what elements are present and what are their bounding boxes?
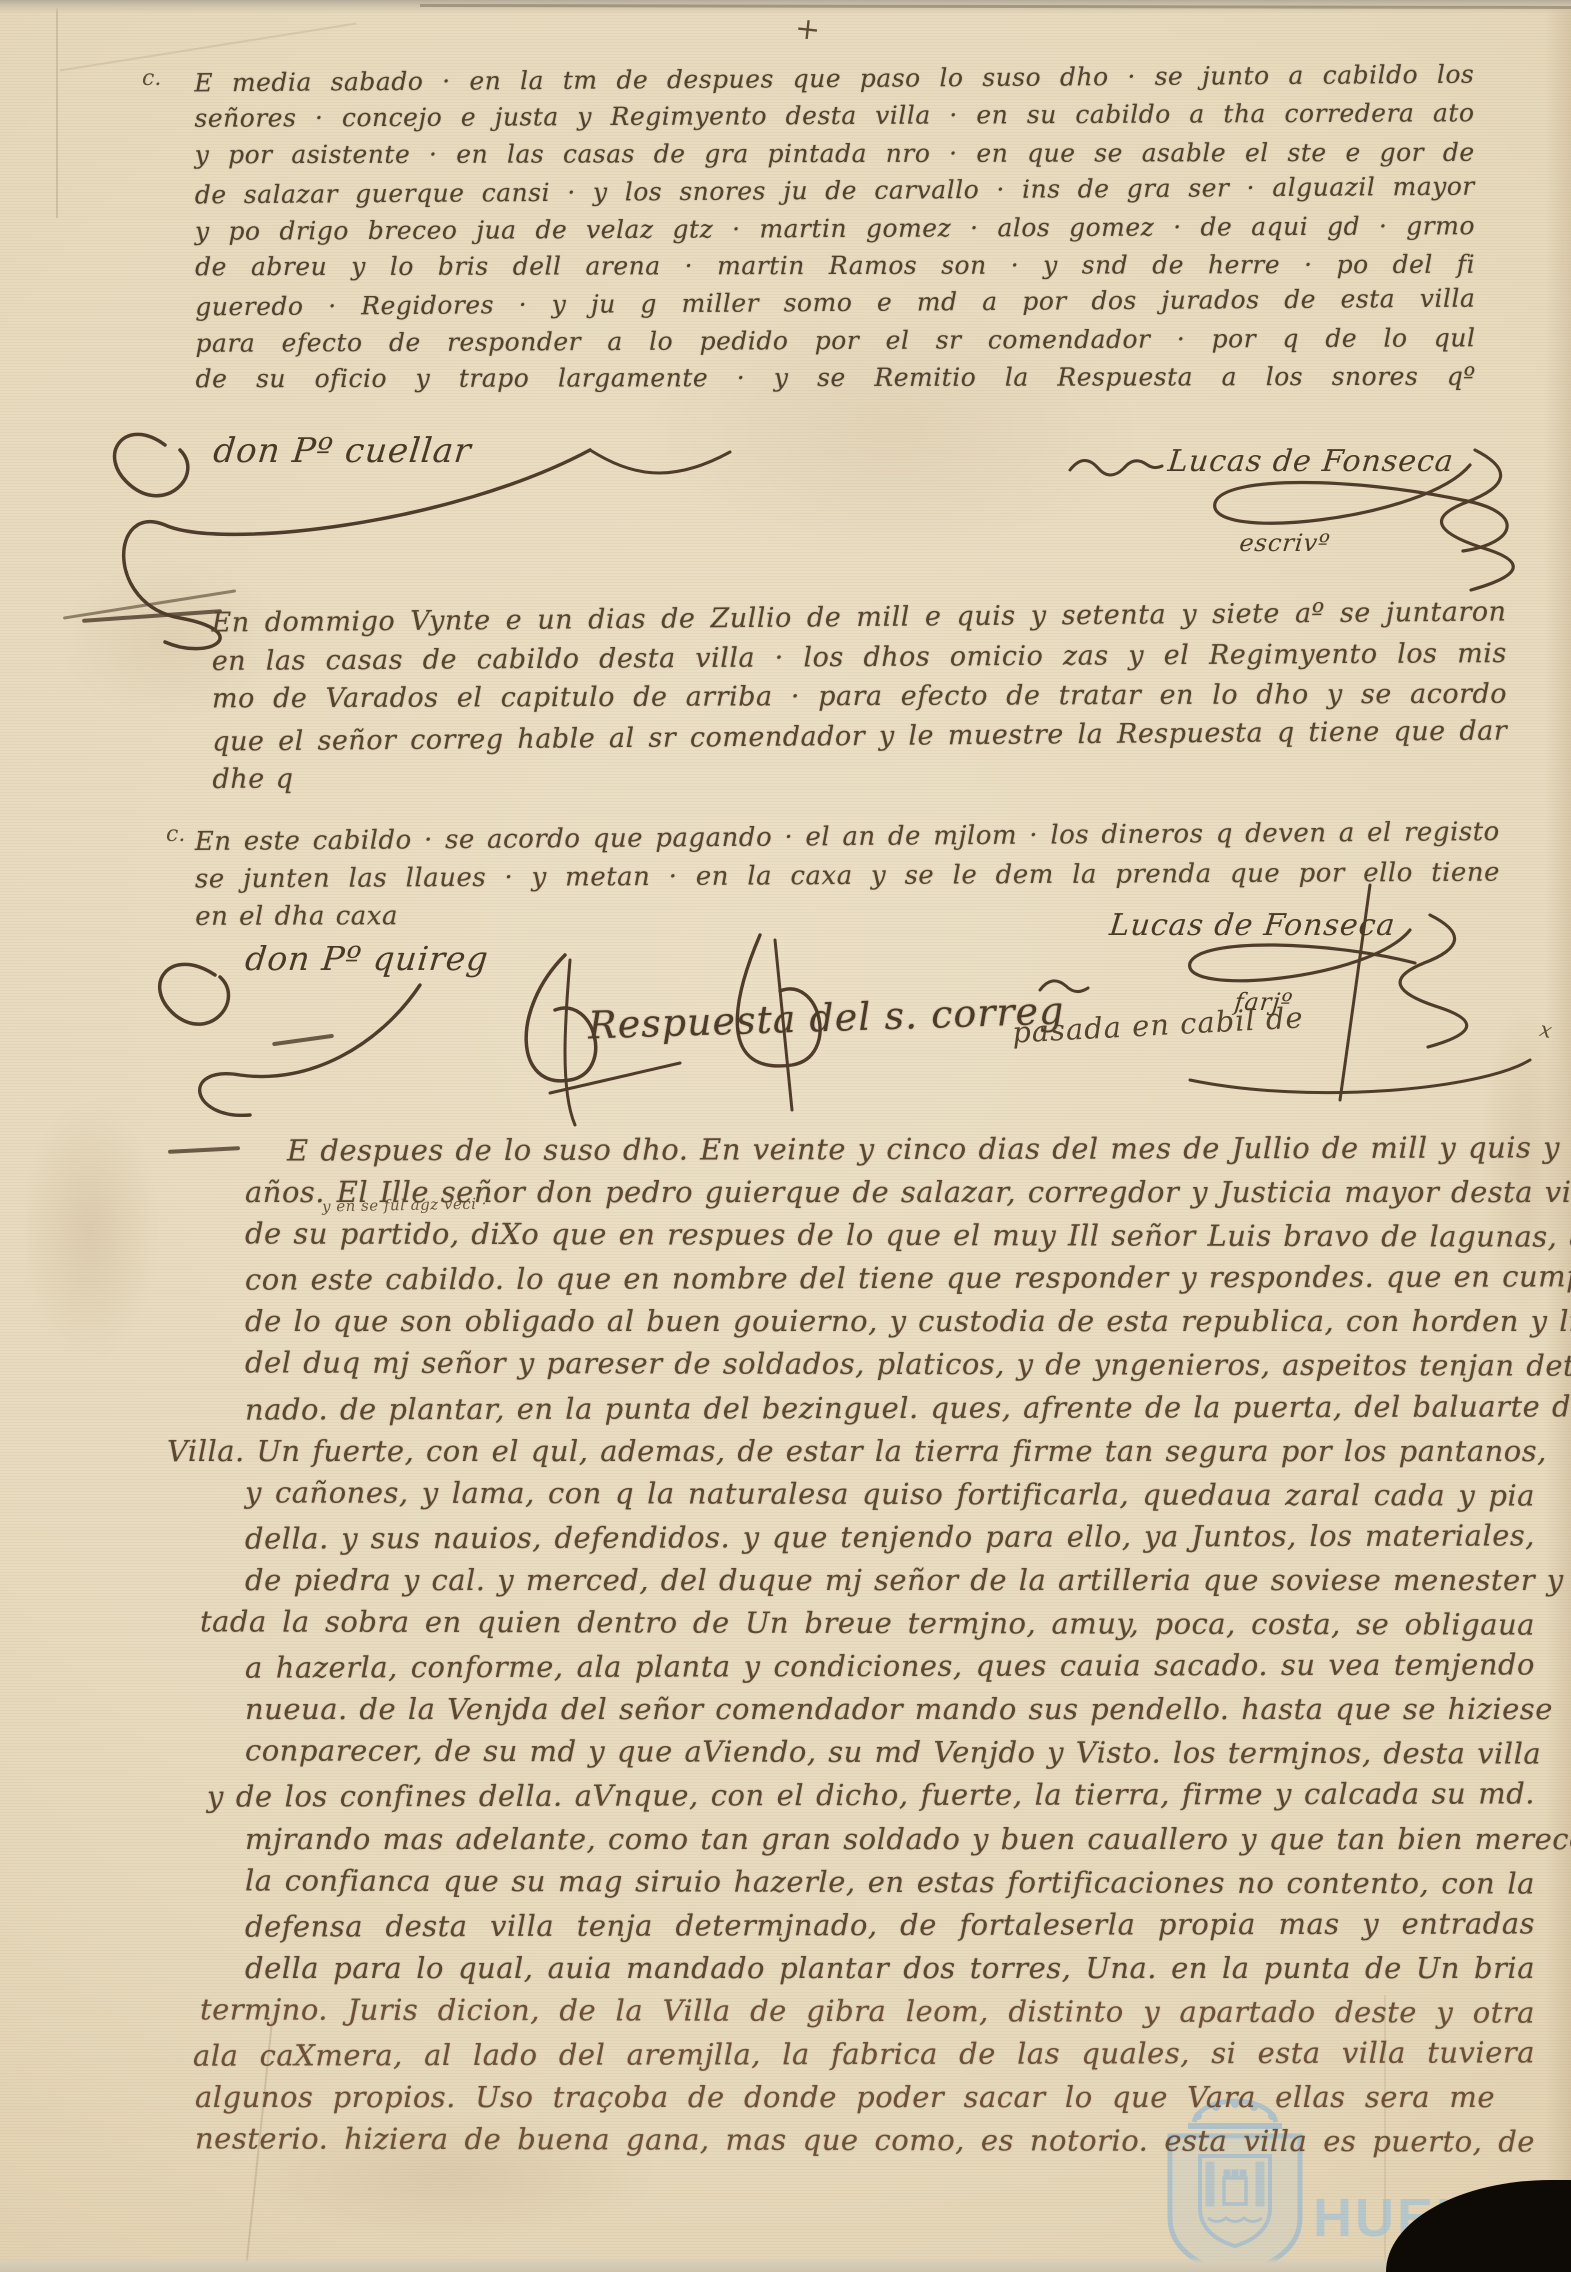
paragraph-opening-mark: c. <box>142 66 161 91</box>
manuscript-line: Villa. Un fuerte, con el qul, ademas, de… <box>167 1430 1535 1473</box>
manuscript-line: ala caXmera, al lado del aremjlla, la fa… <box>193 2031 1535 2077</box>
signature-rubric-icon <box>1070 460 1162 475</box>
signature-flourish <box>590 450 730 473</box>
manuscript-line: nesterio. hiziera de buena gana, mas que… <box>195 2118 1535 2164</box>
manuscript-line: con este cabildo. lo que en nombre del t… <box>245 1256 1535 1302</box>
manuscript-line: del duq mj señor y pareser de soldados, … <box>245 1342 1535 1388</box>
cross-mark: + <box>793 11 822 48</box>
manuscript-line: della para lo qual, auia mandado plantar… <box>245 1947 1535 1990</box>
manuscript-line: y cañones, y lama, con q la naturalesa q… <box>245 1471 1535 1517</box>
paragraph-opening-mark: c. <box>166 822 185 847</box>
manuscript-line: de abreu y lo bris dell arena · martin R… <box>195 246 1475 286</box>
manuscript-line: mjrando mas adelante, como tan gran sold… <box>245 1818 1535 1861</box>
page-bottom-edge <box>0 2257 1571 2272</box>
paragraph-dash <box>168 1146 240 1153</box>
signature-name: Lucas de Fonseca <box>1107 908 1397 943</box>
manuscript-line: y por asistente · en las casas de gra pi… <box>195 134 1475 174</box>
manuscript-line: de lo que son obligado al buen gouierno,… <box>245 1300 1535 1343</box>
manuscript-line: la confianca que su mag siruio hazerle, … <box>245 1859 1535 1905</box>
signature-name: don Pº quireg <box>243 939 490 978</box>
signature-2: Lucas de Fonseca escrivº <box>1055 415 1571 605</box>
manuscript-line: E despues de lo suso dho. En veinte y ci… <box>287 1126 1535 1172</box>
manuscript-page: { "watermark": { "text": "HUELVA" }, "ma… <box>0 0 1571 2272</box>
fold-line <box>56 8 58 218</box>
signature-flourish <box>200 985 420 1115</box>
manuscript-paragraph-4: E despues de lo suso dho. En veinte y ci… <box>245 1128 1535 2162</box>
ink-stain <box>20 1100 160 1360</box>
signature-rubric-icon <box>115 434 188 495</box>
manuscript-line: de su partido, diXo que en respues de lo… <box>245 1213 1535 1259</box>
manuscript-line: para efecto de responder a lo pedido por… <box>195 319 1475 362</box>
manuscript-line: algunos propios. Uso traçoba de donde po… <box>195 2076 1495 2119</box>
signature-4: Lucas de Fonseca farjº <box>1010 875 1571 1110</box>
signature-flourish <box>1190 1060 1530 1093</box>
manuscript-line: termjno. Juris dicion, de la Villa de gi… <box>200 1988 1535 2034</box>
manuscript-line: señores · concejo e justa y Regimyento d… <box>194 95 1474 138</box>
manuscript-line: de piedra y cal. y merced, del duque mj … <box>245 1559 1535 1602</box>
manuscript-paragraph-2: En dommigo Vynte e un dias de Zullio de … <box>211 594 1507 800</box>
manuscript-line: y de los confines della. aVnque, con el … <box>207 1773 1535 1819</box>
signature-flourish <box>1400 915 1467 1047</box>
manuscript-line: della. y sus nauios, defendidos. y que t… <box>245 1514 1535 1560</box>
manuscript-line: y po drigo breceo jua de velaz gtz · mar… <box>195 207 1475 250</box>
manuscript-paragraph-1: E media sabado · en la tm de despues que… <box>194 57 1475 399</box>
manuscript-line: nado. de plantar, en la punta del bezing… <box>245 1385 1535 1431</box>
manuscript-line: años. El Ille señor don pedro guierque d… <box>245 1171 1535 1214</box>
manuscript-line: nueua. de la Venjda del señor comendador… <box>245 1688 1535 1731</box>
signature-title: escrivº <box>1238 529 1332 557</box>
signature-name: don Pº cuellar <box>211 431 474 471</box>
signature-rubric-icon <box>160 964 229 1024</box>
manuscript-line: defensa desta villa tenja determjnado, d… <box>245 1902 1535 1948</box>
manuscript-line: a hazerla, conforme, ala planta y condic… <box>245 1644 1535 1690</box>
signature-name: Lucas de Fonseca <box>1165 444 1455 479</box>
manuscript-line: conparecer, de su md y que aViendo, su m… <box>245 1730 1535 1776</box>
manuscript-line: tada la sobra en quien dentro de Un breu… <box>200 1600 1535 1646</box>
